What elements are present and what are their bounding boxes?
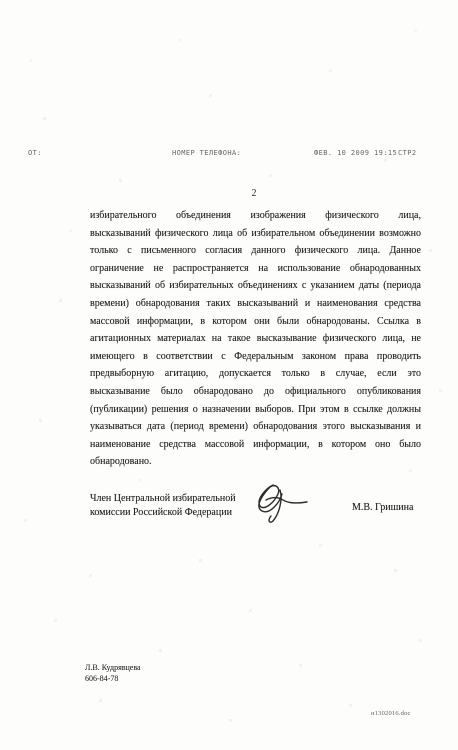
fax-phone-label: НОМЕР ТЕЛЕФОНА: xyxy=(172,149,241,157)
document-body-paragraph: избирательного объединения изображения ф… xyxy=(90,207,421,471)
signatory-title-line2: комиссии Российской Федерации xyxy=(90,506,260,520)
file-reference: н1302016.doc xyxy=(371,710,411,717)
page-number: 2 xyxy=(248,188,260,199)
fax-timestamp: ФЕВ. 10 2009 19:15 xyxy=(314,149,397,157)
footer-contact: Л.В. Кудрявцева 606-84-78 xyxy=(85,663,141,684)
fax-from-label: ОТ: xyxy=(28,149,42,157)
fax-header: ОТ: НОМЕР ТЕЛЕФОНА: ФЕВ. 10 2009 19:15 С… xyxy=(0,149,458,161)
signatory-name: М.В. Гришина xyxy=(352,502,413,513)
scanned-fax-page: ОТ: НОМЕР ТЕЛЕФОНА: ФЕВ. 10 2009 19:15 С… xyxy=(0,0,458,750)
footer-contact-name: Л.В. Кудрявцева xyxy=(85,663,141,674)
scan-noise xyxy=(0,0,1,1)
signatory-title-line1: Член Центральной избирательной xyxy=(90,492,260,506)
fax-page-indicator: СТР2 xyxy=(398,149,416,157)
handwritten-signature-icon xyxy=(246,476,312,526)
footer-contact-phone: 606-84-78 xyxy=(85,674,141,685)
signatory-title: Член Центральной избирательной комиссии … xyxy=(90,492,260,519)
